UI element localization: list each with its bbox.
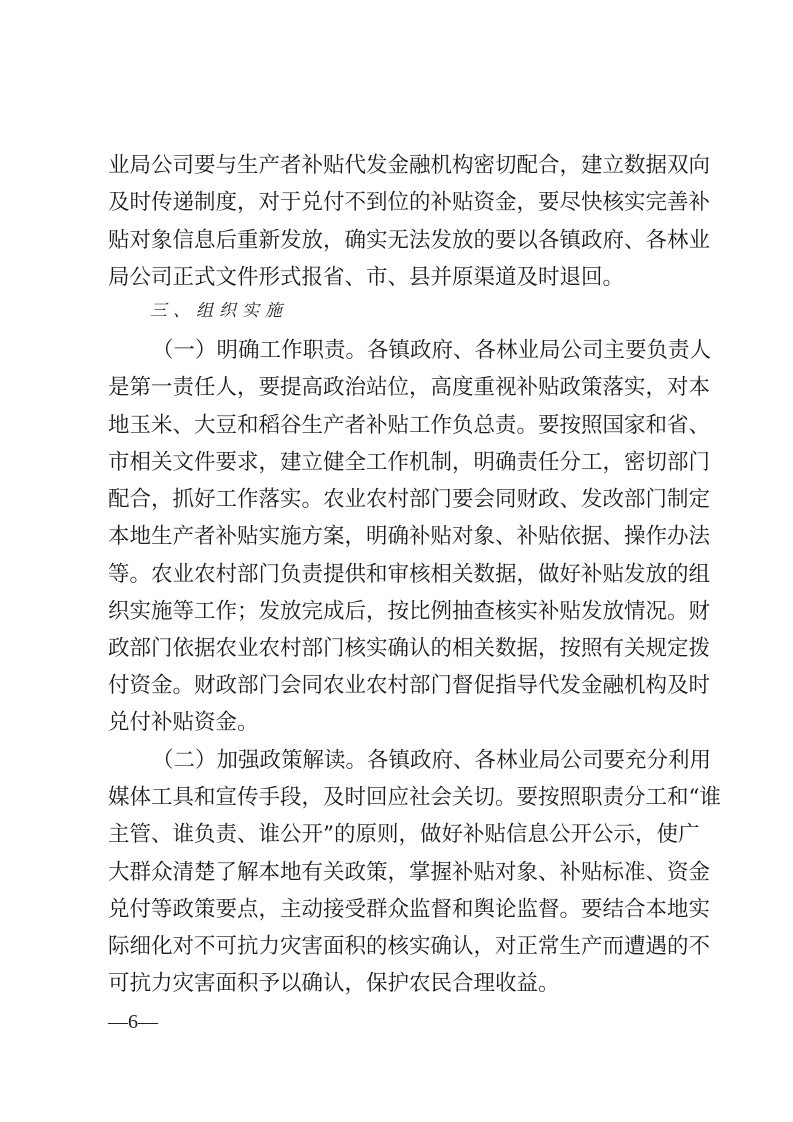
document-page: 业局公司要与生产者补贴代发金融机构密切配合，建立数据双向 及时传递制度，对于兑付… (0, 0, 793, 1122)
text-line: 付资金。财政部门会同农业农村部门督促指导代发金融机构及时 (108, 667, 692, 704)
text-line: 本地生产者补贴实施方案，明确补贴对象、补贴依据、操作办法 (108, 518, 692, 555)
text-line: 及时传递制度，对于兑付不到位的补贴资金，要尽快核实完善补 (108, 184, 692, 221)
text-line: 兑付补贴资金。 (108, 704, 692, 741)
text-line: 主管、谁负责、谁公开”的原则，做好补贴信息公开公示，使广 (108, 816, 692, 853)
text-line: 兑付等政策要点，主动接受群众监督和舆论监督。要结合本地实 (108, 891, 692, 928)
text-line: 地玉米、大豆和稻谷生产者补贴工作负总责。要按照国家和省、 (108, 407, 692, 444)
section-heading: 三、组织实施 (150, 293, 288, 330)
text-line: 局公司正式文件形式报省、市、县并原渠道及时退回。 (108, 259, 692, 296)
text-line: 是第一责任人，要提高政治站位，高度重视补贴政策落实，对本 (108, 369, 692, 406)
item-1-first-line: （一）明确工作职责。各镇政府、各林业局公司主要负责人 (152, 332, 692, 369)
text-line: 市相关文件要求，建立健全工作机制，明确责任分工，密切部门 (108, 444, 692, 481)
text-line: 贴对象信息后重新发放，确实无法发放的要以各镇政府、各林业 (108, 222, 692, 259)
text-line: 等。农业农村部门负责提供和审核相关数据，做好补贴发放的组 (108, 556, 692, 593)
text-line: 政部门依据农业农村部门核实确认的相关数据，按照有关规定拨 (108, 630, 692, 667)
text-line: 业局公司要与生产者补贴代发金融机构密切配合，建立数据双向 (108, 147, 692, 184)
text-line: 织实施等工作；发放完成后，按比例抽查核实补贴发放情况。财 (108, 593, 692, 630)
text-line: 际细化对不可抗力灾害面积的核实确认，对正常生产而遭遇的不 (108, 928, 692, 965)
text-line: 配合，抓好工作落实。农业农村部门要会同财政、发改部门制定 (108, 481, 692, 518)
item-2-first-line: （二）加强政策解读。各镇政府、各林业局公司要充分利用 (152, 742, 692, 779)
text-line: 媒体工具和宣传手段，及时回应社会关切。要按照职责分工和“谁 (108, 779, 692, 816)
page-number: —6— (108, 1008, 158, 1036)
text-line: 大群众清楚了解本地有关政策，掌握补贴对象、补贴标准、资金 (108, 854, 692, 891)
text-line: 可抗力灾害面积予以确认，保护农民合理收益。 (108, 965, 692, 1002)
